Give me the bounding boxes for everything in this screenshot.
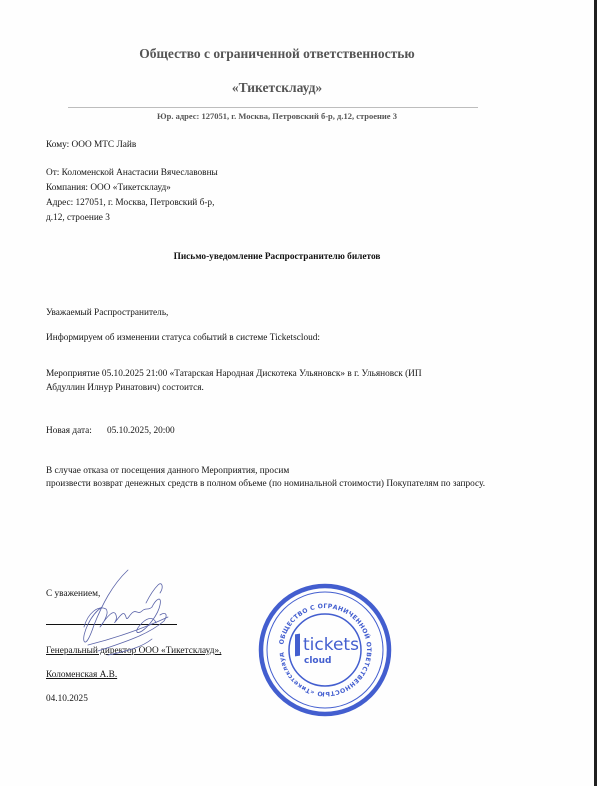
intro-text: Информируем об изменении статуса событий… [46,331,320,345]
company-stamp-icon: ОБЩЕСТВО С ОГРАНИЧЕННОЙ ОТВЕТСТВЕННОСТЬЮ… [255,580,395,720]
event-line2: Абдуллин Илнур Ринатович) состоится. [46,381,204,395]
greeting: Уважаемый Распространитель, [46,306,168,320]
org-name-line2: «Тикетсклауд» [0,80,554,96]
letter-title: Письмо-уведомление Распространителю биле… [0,252,554,262]
letter-date: 04.10.2025 [46,692,88,706]
recipient-to: Кому: ООО МТС Лайв [46,138,136,152]
new-date-value: 05.10.2025, 20:00 [107,424,175,438]
document-page: Общество с ограниченной ответственностью… [0,0,594,786]
signature-icon [72,565,182,665]
event-line1: Мероприятие 05.10.2025 21:00 «Татарская … [46,367,422,381]
refund-line1: В случае отказа от посещения данного Мер… [46,464,289,478]
sender-address-line1: Адрес: 127051, г. Москва, Петровский б-р… [46,196,214,210]
signer-name: Коломенская А.В. [46,668,117,682]
svg-text:cloud: cloud [304,656,331,666]
new-date-label: Новая дата: [46,424,92,438]
sender-from: От: Коломенской Анастасии Вячеславовны [46,166,218,180]
org-name-line1: Общество с ограниченной ответственностью [0,46,554,62]
sender-company: Компания: ООО «Тикетсклауд» [46,181,171,195]
header-divider [68,107,478,108]
legal-address: Юр. адрес: 127051, г. Москва, Петровский… [0,111,554,121]
refund-line2: произвести возврат денежных средств в по… [46,477,485,491]
svg-text:tickets: tickets [303,635,359,655]
sender-address-line2: д.12, строение 3 [46,211,110,225]
